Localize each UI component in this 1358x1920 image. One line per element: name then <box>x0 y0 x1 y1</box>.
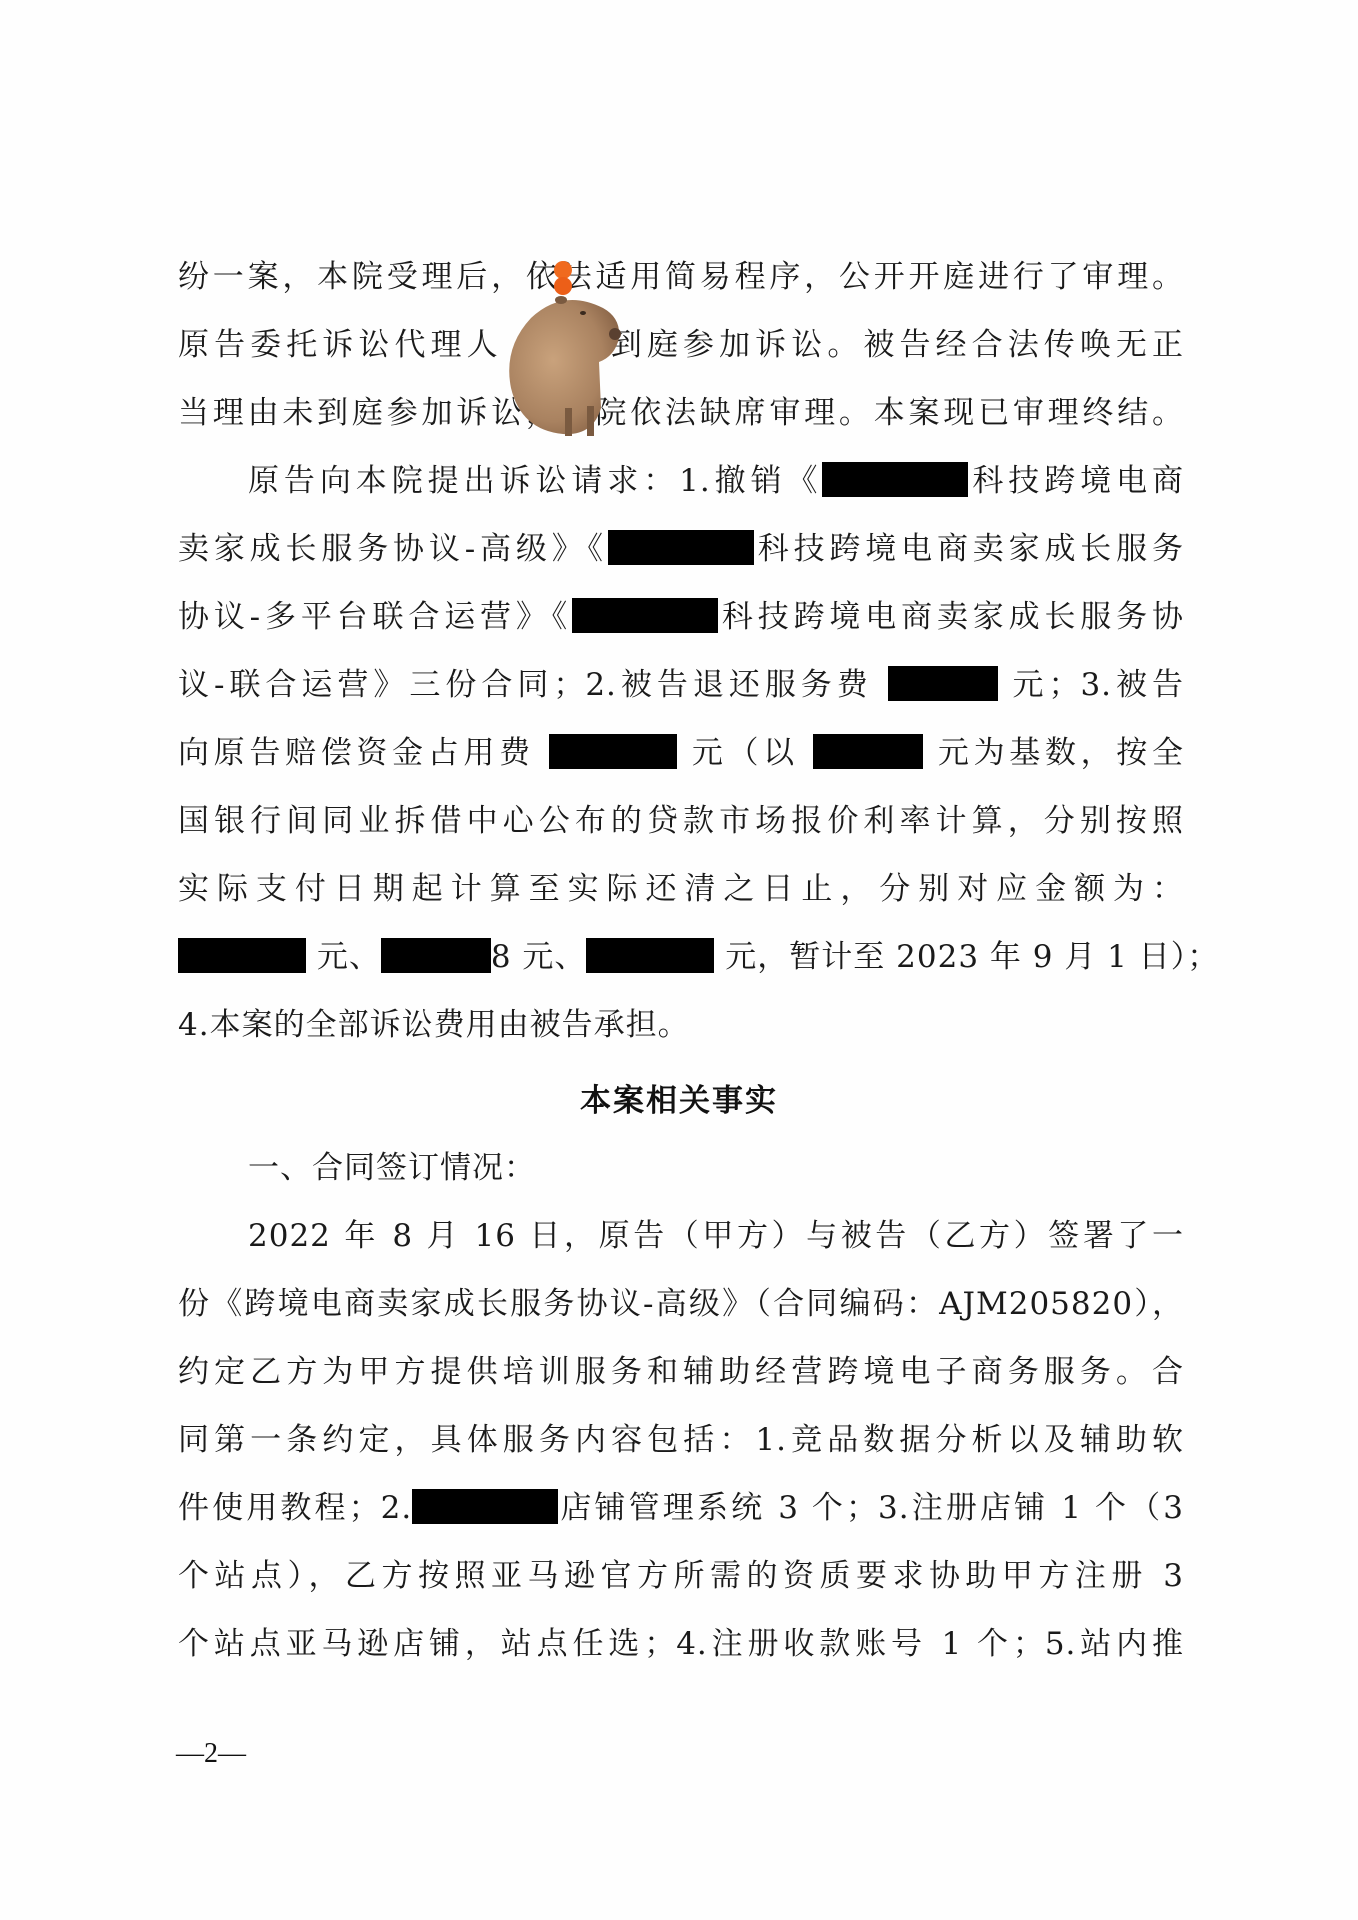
text-segment: 原告委托诉讼代理人 到庭参加诉讼。被告经合法传唤无正 <box>178 327 1184 363</box>
text-segment: 元为基数，按全 <box>923 735 1184 771</box>
redaction-box <box>549 734 677 769</box>
text-line: 当理由未到庭参加诉讼，本院依法缺席审理。本案现已审理终结。 <box>178 388 1184 438</box>
text-line: 原告委托诉讼代理人 到庭参加诉讼。被告经合法传唤无正 <box>178 320 1184 370</box>
text-line: 向原告赔偿资金占用费 元（以 元为基数，按全 <box>178 728 1184 778</box>
text-line: 卖家成长服务协议-高级》《科技跨境电商卖家成长服务 <box>178 524 1184 574</box>
text-segment: 约定乙方为甲方提供培训服务和辅助经营跨境电子商务服务。合 <box>178 1354 1184 1390</box>
redaction-box <box>381 938 491 973</box>
text-line: 原告向本院提出诉讼请求：1.撤销《科技跨境电商 <box>178 456 1184 506</box>
text-segment: 国银行间同业拆借中心公布的贷款市场报价利率计算，分别按照 <box>178 803 1184 839</box>
text-segment: 原告向本院提出诉讼请求：1.撤销《 <box>248 463 822 499</box>
text-line: 同第一条约定，具体服务内容包括：1.竞品数据分析以及辅助软 <box>178 1415 1184 1465</box>
text-line: 纷一案，本院受理后，依法适用简易程序，公开开庭进行了审理。 <box>178 252 1184 302</box>
redaction-box <box>822 462 968 497</box>
redaction-box <box>412 1489 558 1524</box>
text-segment: 议-联合运营》三份合同；2.被告退还服务费 <box>178 667 888 703</box>
redaction-box <box>178 938 306 973</box>
text-line: 2022 年 8 月 16 日，原告（甲方）与被告（乙方）签署了一 <box>178 1211 1184 1261</box>
text-segment: 向原告赔偿资金占用费 <box>178 735 549 771</box>
redaction-box <box>813 734 923 769</box>
redaction-box <box>572 598 718 633</box>
text-line: 一、合同签订情况： <box>178 1143 1184 1193</box>
text-segment: 元，暂计至 2023 年 9 月 1 日）； <box>714 939 1219 975</box>
text-segment: 卖家成长服务协议-高级》《 <box>178 531 608 567</box>
text-segment: 科技跨境电商卖家成长服务 <box>754 531 1184 567</box>
redaction-box <box>608 530 754 565</box>
page-number: —2— <box>176 1738 246 1770</box>
text-segment: 个站点），乙方按照亚马逊官方所需的资质要求协助甲方注册 3 <box>178 1558 1184 1594</box>
text-segment: 元（以 <box>677 735 813 771</box>
text-line: 份《跨境电商卖家成长服务协议-高级》（合同编码：AJM205820）， <box>178 1279 1184 1329</box>
text-line: 约定乙方为甲方提供培训服务和辅助经营跨境电子商务服务。合 <box>178 1347 1184 1397</box>
text-segment: 元；3.被告 <box>998 667 1184 703</box>
text-line: 4.本案的全部诉讼费用由被告承担。 <box>178 1000 1184 1050</box>
redaction-box <box>586 938 714 973</box>
capybara-sticker-icon <box>503 258 623 438</box>
text-segment: 元、 <box>306 939 381 975</box>
document-page: 纷一案，本院受理后，依法适用简易程序，公开开庭进行了审理。原告委托诉讼代理人 到… <box>0 0 1358 1920</box>
text-segment: 份《跨境电商卖家成长服务协议-高级》（合同编码：AJM205820）， <box>178 1286 1184 1322</box>
text-segment: 件使用教程；2. <box>178 1490 412 1526</box>
redaction-box <box>888 666 998 701</box>
text-line: 实际支付日期起计算至实际还清之日止，分别对应金额为： <box>178 864 1184 914</box>
text-segment: 纷一案，本院受理后，依法适用简易程序，公开开庭进行了审理。 <box>178 259 1184 295</box>
text-line: 件使用教程；2.店铺管理系统 3 个；3.注册店铺 1 个（3 <box>178 1483 1184 1533</box>
text-line: 个站点），乙方按照亚马逊官方所需的资质要求协助甲方注册 3 <box>178 1551 1184 1601</box>
text-segment: 4.本案的全部诉讼费用由被告承担。 <box>178 1007 690 1043</box>
text-line: 议-联合运营》三份合同；2.被告退还服务费 元；3.被告 <box>178 660 1184 710</box>
text-segment: 一、合同签订情况： <box>248 1150 536 1186</box>
text-line: 国银行间同业拆借中心公布的贷款市场报价利率计算，分别按照 <box>178 796 1184 846</box>
text-segment: 店铺管理系统 3 个；3.注册店铺 1 个（3 <box>558 1490 1184 1526</box>
text-segment: 当理由未到庭参加诉讼，本院依法缺席审理。本案现已审理终结。 <box>178 395 1184 431</box>
text-line: 协议-多平台联合运营》《科技跨境电商卖家成长服务协 <box>178 592 1184 642</box>
section-heading: 本案相关事实 <box>0 1075 1358 1120</box>
text-segment: 实际支付日期起计算至实际还清之日止，分别对应金额为： <box>178 871 1184 907</box>
text-segment: 8 元、 <box>491 939 587 975</box>
text-segment: 协议-多平台联合运营》《 <box>178 599 572 635</box>
text-segment: 2022 年 8 月 16 日，原告（甲方）与被告（乙方）签署了一 <box>248 1218 1184 1254</box>
text-segment: 个站点亚马逊店铺，站点任选；4.注册收款账号 1 个；5.站内推 <box>178 1626 1184 1662</box>
text-line: 元、8 元、 元，暂计至 2023 年 9 月 1 日）； <box>178 932 1184 982</box>
text-line: 个站点亚马逊店铺，站点任选；4.注册收款账号 1 个；5.站内推 <box>178 1619 1184 1669</box>
text-segment: 科技跨境电商 <box>968 463 1184 499</box>
text-segment: 同第一条约定，具体服务内容包括：1.竞品数据分析以及辅助软 <box>178 1422 1184 1458</box>
text-segment: 科技跨境电商卖家成长服务协 <box>718 599 1184 635</box>
